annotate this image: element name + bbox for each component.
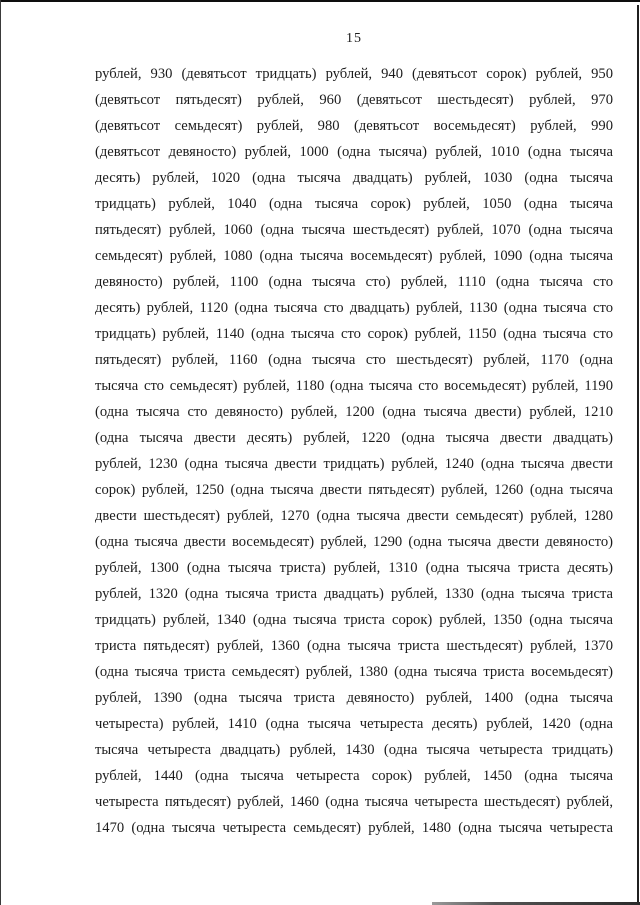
text-line: (одна тысяча сто девяносто) рублей, 1200… — [95, 399, 613, 425]
text-line: рублей, 1320 (одна тысяча триста двадцат… — [95, 581, 613, 607]
text-line: двести шестьдесят) рублей, 1270 (одна ты… — [95, 503, 613, 529]
text-line: рублей, 1230 (одна тысяча двести тридцат… — [95, 451, 613, 477]
text-line: сорок) рублей, 1250 (одна тысяча двести … — [95, 477, 613, 503]
text-line: пятьдесят) рублей, 1060 (одна тысяча шес… — [95, 217, 613, 243]
text-line: тридцать) рублей, 1340 (одна тысяча трис… — [95, 607, 613, 633]
text-line: четыреста) рублей, 1410 (одна тысяча чет… — [95, 711, 613, 737]
text-line: тысяча четыреста двадцать) рублей, 1430 … — [95, 737, 613, 763]
text-line: триста пятьдесят) рублей, 1360 (одна тыс… — [95, 633, 613, 659]
text-line: (одна тысяча двести десять) рублей, 1220… — [95, 425, 613, 451]
text-line: семьдесят) рублей, 1080 (одна тысяча вос… — [95, 243, 613, 269]
text-line: (девятьсот девяносто) рублей, 1000 (одна… — [95, 139, 613, 165]
text-line: тысяча сто семьдесят) рублей, 1180 (одна… — [95, 373, 613, 399]
page-number: 15 — [95, 31, 613, 47]
text-line: (одна тысяча двести восемьдесят) рублей,… — [95, 529, 613, 555]
text-line: тридцать) рублей, 1040 (одна тысяча соро… — [95, 191, 613, 217]
document-page: 15 рублей, 930 (девятьсот тридцать) рубл… — [0, 0, 640, 905]
text-line: десять) рублей, 1020 (одна тысяча двадца… — [95, 165, 613, 191]
scan-border-right — [637, 5, 639, 905]
text-line: пятьдесят) рублей, 1160 (одна тысяча сто… — [95, 347, 613, 373]
text-line: девяносто) рублей, 1100 (одна тысяча сто… — [95, 269, 613, 295]
text-line: (девятьсот семьдесят) рублей, 980 (девят… — [95, 113, 613, 139]
text-line: четыреста пятьдесят) рублей, 1460 (одна … — [95, 789, 613, 815]
text-line: тридцать) рублей, 1140 (одна тысяча сто … — [95, 321, 613, 347]
scan-border-top — [0, 0, 640, 2]
text-line: (девятьсот пятьдесят) рублей, 960 (девят… — [95, 87, 613, 113]
text-line: 1470 (одна тысяча четыреста семьдесят) р… — [95, 815, 613, 841]
text-line: десять) рублей, 1120 (одна тысяча сто дв… — [95, 295, 613, 321]
body-text: рублей, 930 (девятьсот тридцать) рублей,… — [95, 61, 613, 841]
text-line: рублей, 930 (девятьсот тридцать) рублей,… — [95, 61, 613, 87]
text-line: (одна тысяча триста семьдесят) рублей, 1… — [95, 659, 613, 685]
text-line: рублей, 1440 (одна тысяча четыреста соро… — [95, 763, 613, 789]
scan-border-left — [0, 0, 1, 905]
text-line: рублей, 1390 (одна тысяча триста девянос… — [95, 685, 613, 711]
text-line: рублей, 1300 (одна тысяча триста) рублей… — [95, 555, 613, 581]
